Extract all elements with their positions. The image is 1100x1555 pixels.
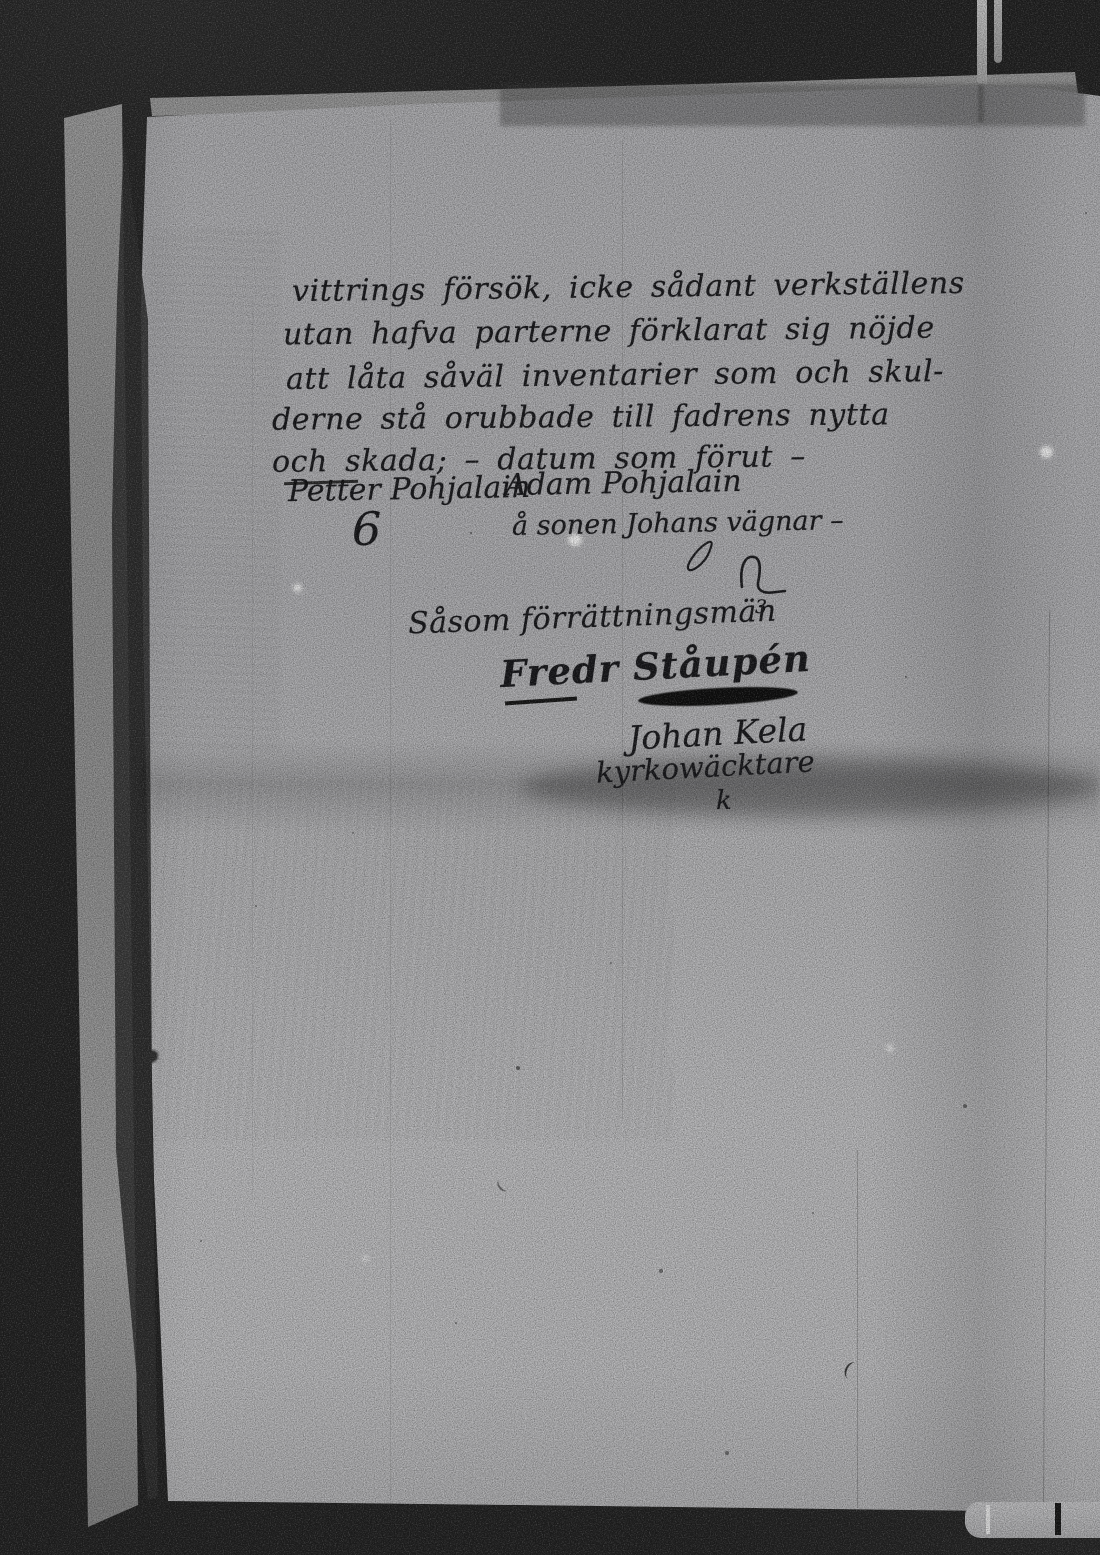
personal-bomark: 6 (352, 502, 381, 556)
scanned-document-photo: vittrings försök, icke sådant verkställe… (0, 0, 1100, 1555)
paper-crease-line (857, 1150, 858, 1508)
witness-initial: k (716, 786, 732, 816)
ink-bleed-through (152, 780, 672, 1140)
paper-fleck (362, 1255, 369, 1262)
signature-petter-pohjalain: Petter Pohjalain (288, 470, 531, 509)
dust-specks (0, 0, 2, 2)
page-curl-highlight (986, 1505, 990, 1534)
ink-bleed-through (150, 230, 280, 750)
page-ribbon-edge (977, 0, 987, 86)
top-edge-shadow (500, 84, 1085, 126)
page-curl-notch (1055, 1503, 1061, 1535)
paper-fleck (1040, 446, 1053, 458)
signature-adam-pohjalain: Adam Pohjalain (505, 464, 742, 503)
page-ribbon-edge (994, 0, 1002, 63)
paper-fleck (886, 1044, 894, 1052)
manuscript-line: derne stå orubbade till fadrens nytta (272, 397, 890, 437)
manuscript-line: utan hafva parterne förklarat sig nöjde (283, 311, 935, 353)
paper-crease-line (252, 300, 253, 1200)
paper-fleck (293, 584, 302, 592)
